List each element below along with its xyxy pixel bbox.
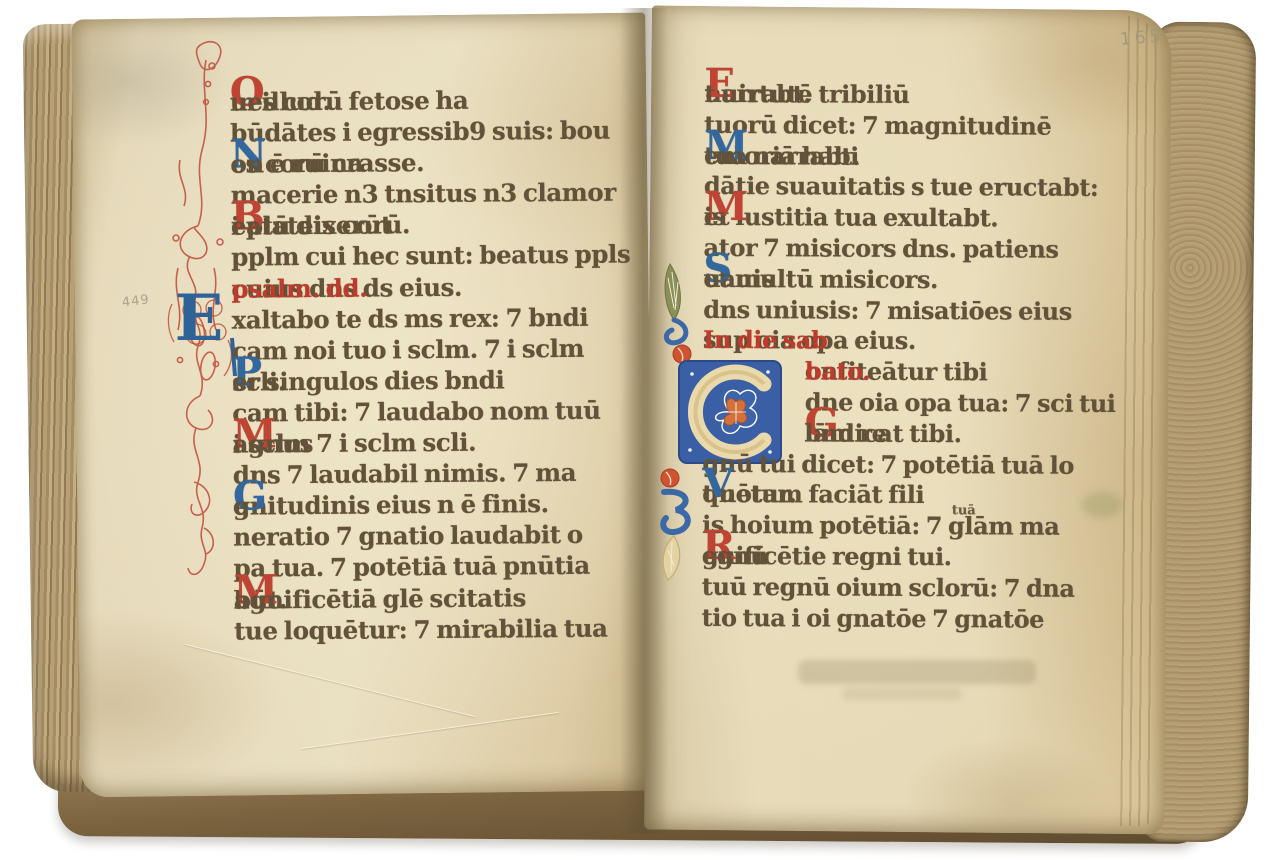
text-line: xaltabo te ds ms rex: 7 bndi — [232, 302, 644, 336]
text-line: i sclm 7 i sclm scli. Magnus — [232, 426, 644, 460]
text-line: cuius dns ds eius. psalm. dd. — [231, 271, 643, 305]
body-text: t uirtutē tribiliū — [704, 79, 909, 109]
body-text: tio tua i oi gnatōe 7 gnatōe — [702, 602, 1045, 633]
body-text: is — [704, 202, 726, 231]
body-text: tuū regnū oium sclorū: 7 dna — [702, 572, 1075, 603]
body-text: er singulos dies bndi — [232, 365, 504, 396]
text-line: cam tibi: 7 laudabo nom tuū — [232, 395, 644, 429]
body-text: dns 7 laudabil nimis. 7 ma — [233, 458, 577, 490]
text-line: būt. Magnificētiā glē scitatis — [234, 582, 646, 616]
body-text: cam tibi: 7 laudabo nom tuū — [232, 396, 600, 428]
body-text: ator 7 misicors dns. patiens — [703, 233, 1058, 264]
body-text: is hoium potētiā: 7 glām ma — [702, 510, 1059, 541]
body-text: t notam faciāt fili — [702, 479, 924, 509]
text-line: dns uniusis: 7 misatiōes eius — [703, 294, 1141, 327]
text-line: i plateis corū. Beatū dixerūt — [231, 209, 643, 243]
body-text: et iustitia tua exultabt. — [704, 202, 999, 233]
text-line: es corū crasse. Non ē ruina — [230, 147, 642, 181]
text-line: būdātes i egressib9 suis: bou — [230, 115, 642, 149]
text-line: pa tua. 7 potētiā tuā pnūtia — [233, 551, 645, 585]
body-text: uauis — [703, 264, 774, 293]
text-line: et iustitia tua exultabt. Mis — [704, 202, 1142, 235]
body-text: dns uniusis: 7 misatiōes eius — [703, 294, 1072, 325]
body-text: dātie suauitatis s tue eructabt: — [704, 171, 1099, 202]
text-line: dns 7 laudabil nimis. 7 ma — [233, 458, 645, 492]
body-text: tuorū dicet: 7 magnitudinē — [704, 110, 1051, 141]
text-line: gnitudinis eius n ē finis. Ge — [233, 489, 645, 523]
body-text: agnificētiā glē scitatis — [234, 583, 526, 614]
rubric-text: In die sab — [703, 325, 828, 355]
right-page-text: narrabt. Et uirtutē tribiliūtuorū dicet:… — [702, 79, 1143, 636]
text-line: ator 7 misicors dns. patiens — [703, 233, 1141, 266]
text-line: tio tua i oi gnatōe 7 gnatōe — [702, 602, 1140, 635]
ink-bleedthrough — [798, 660, 1036, 684]
rubric-text: bato. — [805, 357, 871, 386]
left-page-text: m illud. Oues corū fetose habūdātes i eg… — [230, 84, 646, 647]
rubric-text: psalm. dd. — [231, 273, 367, 303]
body-text: dne oia opa tua: 7 sci tui — [805, 387, 1116, 418]
text-line: dātie suauitatis s tue eructabt: — [704, 171, 1142, 204]
body-text: macerie n3 tnsitus n3 clamor — [231, 178, 616, 210]
body-text: pa tua. 7 potētiā tuā pnūtia — [233, 551, 589, 583]
text-line: macerie n3 tnsitus n3 clamor — [231, 178, 643, 212]
ink-bleedthrough — [842, 688, 962, 700]
text-line: neratio 7 gnatio laudabit o — [233, 520, 645, 554]
body-text: egnū — [702, 541, 768, 570]
text-line: tuā narrabt. Memoriā habi — [704, 140, 1142, 173]
body-text: agnus — [232, 429, 313, 459]
body-text: e — [233, 492, 248, 521]
body-text: gnitudinis eius n ē finis. — [233, 489, 549, 520]
text-line: gnificētie regni tui. Regnū — [702, 541, 1140, 574]
text-line: tuū regnū oium sclorū: 7 dna — [702, 572, 1140, 605]
blue-initial-E: E — [160, 284, 238, 358]
body-text: gnū tui dicet: 7 potētiā tuā lo — [702, 448, 1074, 479]
text-line: narrabt. Et uirtutē tribiliū — [704, 79, 1142, 112]
body-text: xaltabo te ds ms rex: 7 bndi — [232, 302, 589, 334]
body-text: pplm cui hec sunt: beatus ppls — [231, 240, 630, 272]
body-text: eatū dixerūt — [231, 211, 392, 241]
text-line: is hoium potētiā: 7 glām matuā — [702, 510, 1140, 543]
text-line: scli. Per singulos dies bndi — [232, 364, 644, 398]
body-text: lām re — [805, 418, 887, 447]
body-text: emoriā habi — [704, 140, 859, 170]
text-line: bndicat tibi. Glām re — [703, 418, 1141, 451]
body-text: ues corū fetose ha — [230, 86, 469, 117]
body-text: tue loquētur: 7 mirabilia tua — [234, 613, 608, 645]
text-line: cam noi tuo i sclm. 7 i sclm — [232, 333, 644, 367]
text-line: quētur. Vt notam faciāt fili — [702, 479, 1140, 512]
text-line: tue loquētur: 7 mirabilia tua — [234, 613, 646, 647]
manuscript-photo: E m illud. Oues — [0, 0, 1280, 860]
text-line: et multū misicors. Suauis — [703, 264, 1141, 297]
interlinear-gloss: tuā — [952, 503, 976, 518]
text-line: pplm cui hec sunt: beatus ppls — [231, 240, 643, 274]
body-text: on ē ruina — [230, 149, 363, 179]
text-line: onfiteātur tibi bato. — [703, 356, 1141, 389]
text-line: dne oia opa tua: 7 sci tui — [703, 387, 1141, 420]
text-line: tuorū dicet: 7 magnitudinē — [704, 110, 1142, 143]
folio-number: 165 — [1119, 26, 1165, 50]
feather-ornament-icon — [648, 262, 708, 364]
body-text: cam noi tuo i sclm. 7 i sclm — [232, 334, 584, 366]
body-text: būdātes i egressib9 suis: bou — [230, 116, 610, 148]
text-line: sup oia opa eius. In die sab — [703, 325, 1141, 358]
text-line: gnū tui dicet: 7 potētiā tuā lo — [702, 448, 1140, 481]
body-text: neratio 7 gnatio laudabit o — [233, 520, 583, 552]
text-line: m illud. Oues corū fetose ha — [230, 84, 642, 118]
